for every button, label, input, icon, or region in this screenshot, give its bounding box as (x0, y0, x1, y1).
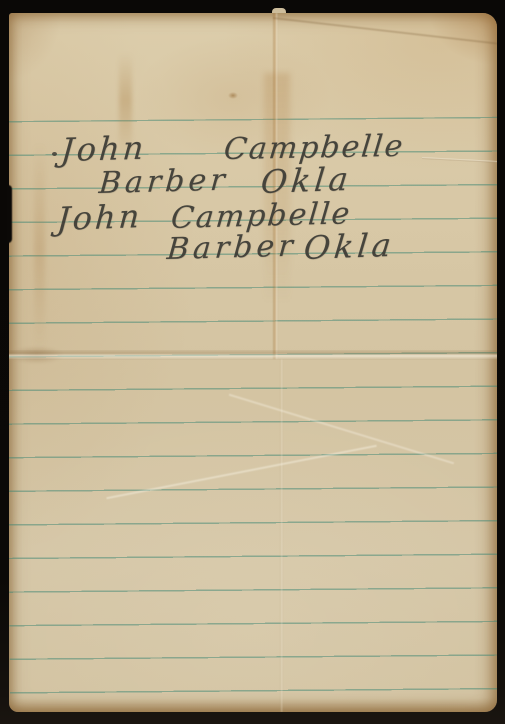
paper-sheet: John Campbelle Barber Okla John Campbell… (9, 13, 497, 712)
photo-backdrop: John Campbelle Barber Okla John Campbell… (0, 0, 505, 724)
ink-dot (52, 152, 57, 156)
crease-diagonal-top-right (273, 17, 497, 45)
stain-top-right-corner (417, 13, 497, 83)
worn-left-edge-notch (6, 185, 12, 243)
handwriting-row2-word2: Okla (259, 160, 354, 201)
handwriting-row4-word2: Okla (302, 226, 397, 267)
stain-spot (228, 92, 238, 99)
handwriting-row2-word1: Barber (98, 163, 230, 201)
handwriting-row4-word1: Barber (166, 229, 298, 267)
handwriting-row1-word1: John (60, 129, 148, 169)
stain-top-left-corner (9, 13, 79, 103)
handwriting-row3-word1: John (56, 197, 144, 238)
